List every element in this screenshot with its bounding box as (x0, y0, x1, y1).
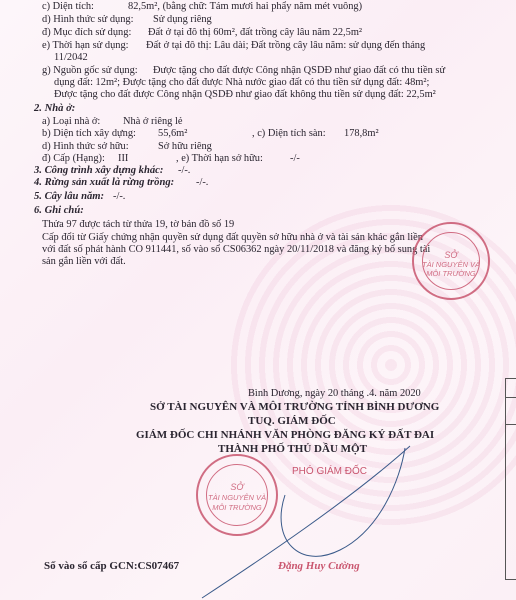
house-ownership-label: d) Hình thức sở hữu: (42, 141, 129, 153)
land-use-form-label: d) Hình thức sử dụng: (42, 14, 134, 26)
house-ownership-value: Sở hữu riêng (158, 141, 212, 153)
issuing-organization: SỞ TÀI NGUYÊN VÀ MÔI TRƯỜNG TỈNH BÌNH DƯ… (150, 401, 439, 413)
land-origin-value-3: Được tặng cho đất được Công nhận QSDĐ nh… (54, 89, 436, 101)
notes-heading: 6. Ghi chú: (34, 205, 84, 217)
perennial-trees-heading: 5. Cây lâu năm: (34, 191, 104, 203)
planted-forest-value: -/-. (196, 177, 208, 189)
right-margin-table (505, 378, 516, 580)
gcn-registry-number: Số vào sổ cấp GCN:CS07467 (44, 560, 179, 572)
house-build-area-label: b) Diện tích xây dựng: (42, 128, 136, 140)
land-origin-label: g) Nguồn gốc sử dụng: (42, 65, 138, 77)
house-grade-value: III (118, 153, 128, 165)
other-construction-value: -/-. (178, 165, 190, 177)
land-origin-value: Được tặng cho đất được Công nhận QSDĐ nh… (153, 65, 445, 77)
house-grade-label: đ) Cấp (Hạng): (42, 153, 105, 165)
house-floor-area-value: 178,8m² (344, 128, 379, 140)
issue-date: Bình Dương, ngày 20 tháng .4. năm 2020 (248, 388, 421, 400)
land-term-label: e) Thời hạn sử dụng: (42, 40, 129, 52)
land-use-form-value: Sử dụng riêng (153, 14, 212, 26)
house-type-value: Nhà ở riêng lẻ (123, 116, 182, 128)
note-line-2: Cấp đổi từ Giấy chứng nhận quyền sử dụng… (42, 232, 423, 244)
land-area-value: 82,5m², (bằng chữ: Tám mươi hai phẩy năm… (128, 1, 362, 13)
land-purpose-label: đ) Mục đích sử dụng: (42, 27, 131, 39)
note-line-1: Thửa 97 được tách từ thửa 19, tờ bản đồ … (42, 219, 234, 231)
land-term-value-cont: 11/2042 (54, 52, 88, 64)
house-heading: 2. Nhà ở: (34, 103, 75, 115)
authorization-title: TUQ. GIÁM ĐỐC (248, 415, 336, 427)
planted-forest-heading: 4. Rừng sản xuất là rừng trồng: (34, 177, 174, 189)
note-line-3: với đất số phát hành CO 911441, số vào s… (42, 244, 430, 256)
official-seal-upper: SỞ TÀI NGUYÊN VÀ MÔI TRƯỜNG (412, 222, 490, 300)
other-construction-heading: 3. Công trình xây dựng khác: (34, 165, 163, 177)
land-origin-value-2: dụng đất: 12m²; Được tặng cho đất được N… (54, 77, 429, 89)
house-floor-area-label: , c) Diện tích sàn: (252, 128, 326, 140)
house-type-label: a) Loại nhà ở: (42, 116, 100, 128)
perennial-trees-value: -/-. (113, 191, 125, 203)
house-build-area-value: 55,6m² (158, 128, 187, 140)
house-ownership-term-label: , e) Thời hạn sở hữu: (176, 153, 263, 165)
signer-name: Đặng Huy Cường (278, 560, 360, 572)
note-line-4: sản gắn liền với đất. (42, 256, 126, 268)
house-ownership-term-value: -/- (290, 153, 300, 165)
handwritten-signature-icon (200, 440, 420, 600)
land-area-label: c) Diện tích: (42, 1, 94, 13)
land-purpose-value: Đất ở tại đô thị 60m², đất trồng cây lâu… (148, 27, 362, 39)
land-term-value: Đất ở tại đô thị: Lâu dài; Đất trồng cây… (146, 40, 425, 52)
